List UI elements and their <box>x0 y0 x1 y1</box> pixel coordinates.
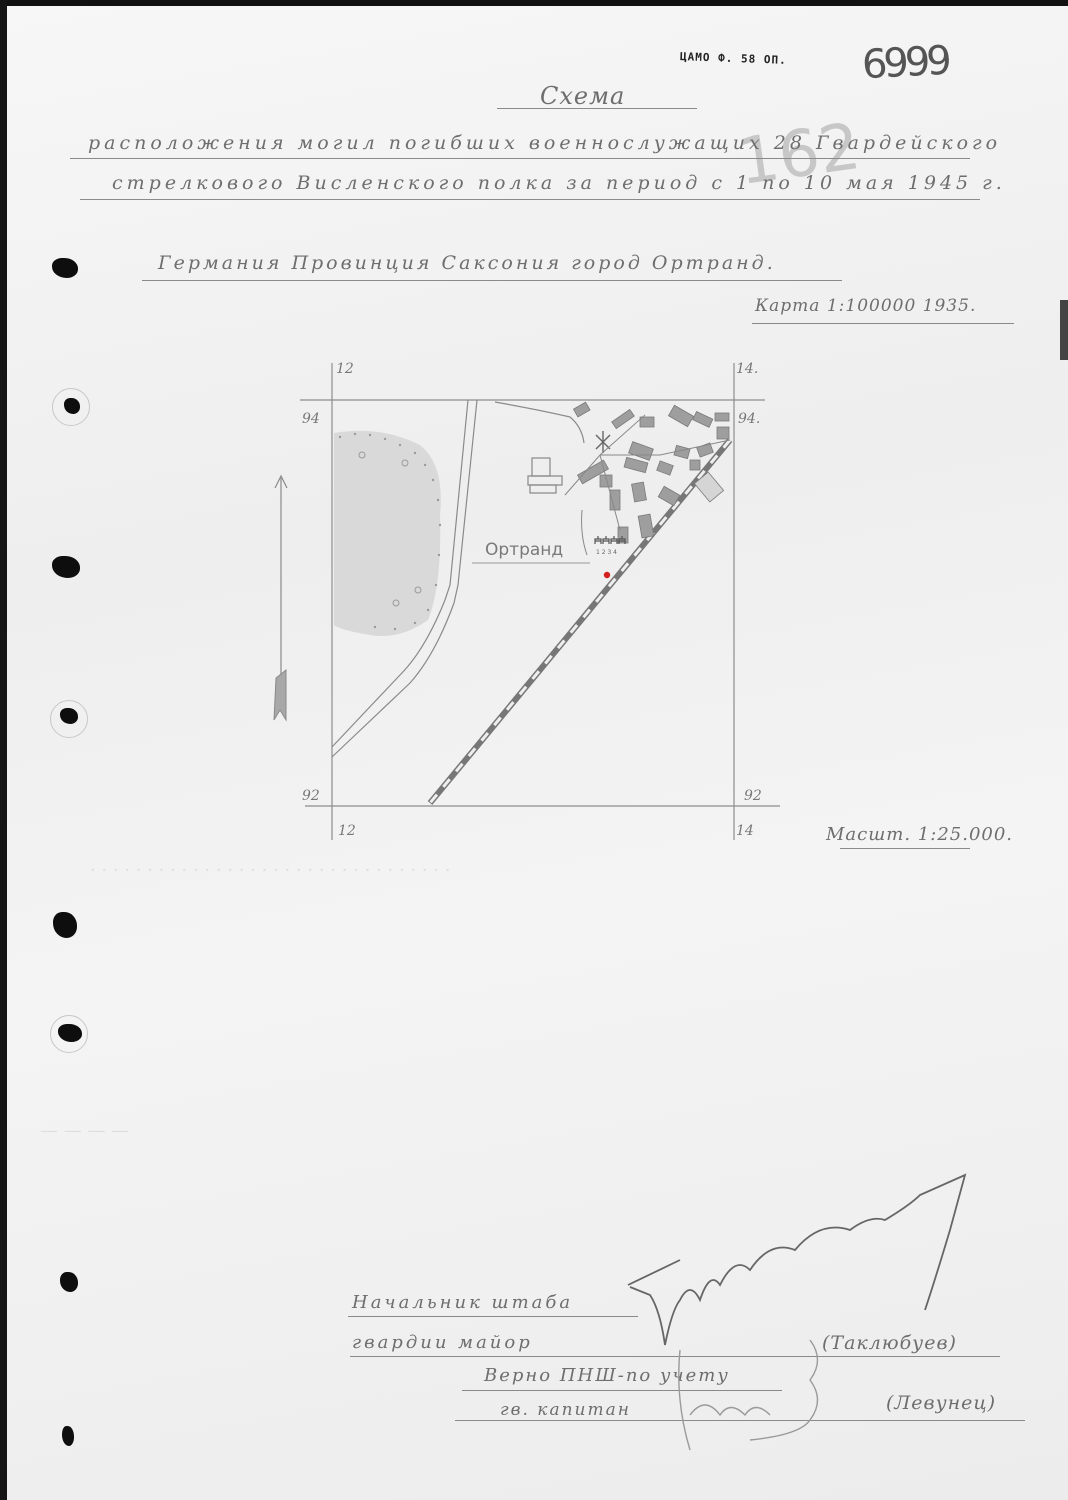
punch-hole-icon <box>58 1024 82 1042</box>
title-underline <box>497 108 697 109</box>
archival-document-page: ЦАМО Ф. 58 ОП. 6999 162 Схема расположен… <box>0 0 1068 1500</box>
bleed-through-text: — — — — <box>40 1120 129 1141</box>
grid-label-x-bottom-left: 12 <box>338 823 356 839</box>
location-rule <box>142 280 842 281</box>
scan-border-left <box>0 0 7 1500</box>
grid-label-x-top-right: 14. <box>736 361 758 377</box>
scale-note: Масшт. 1:25.000. <box>826 824 1013 845</box>
grid-label-y-bottom-left: 92 <box>302 788 320 804</box>
grid-label-y-top-right: 94. <box>738 411 760 427</box>
archive-number: 6999 <box>861 38 949 88</box>
grave-marker-red-icon <box>604 572 610 578</box>
subtitle-rule-1 <box>70 158 970 159</box>
grid-label-x-bottom-right: 14 <box>736 823 754 839</box>
punch-hole-icon <box>62 1426 74 1446</box>
town-label: Ортранд <box>485 540 563 560</box>
grid-label-x-top-left: 12 <box>336 361 354 377</box>
signature-rule-1 <box>348 1316 638 1317</box>
verifier-name: (Левунец) <box>886 1392 996 1414</box>
scan-border-top <box>0 0 1068 6</box>
punch-hole-icon <box>60 708 78 724</box>
punch-hole-icon <box>64 398 80 414</box>
scale-rule <box>840 848 970 849</box>
grave-numbers: 1 2 3 4 <box>596 549 617 556</box>
bleed-through-text: · · · · · · · · · · · · · · · · · · · · … <box>90 860 450 881</box>
grave-location-map: Ортранд 1 2 3 4 12 14. 94 94. 92 92 12 1… <box>300 355 780 845</box>
scan-border-right <box>1060 300 1068 360</box>
verifier-signature-icon <box>660 1340 840 1460</box>
subtitle-line-2: стрелкового Висленского полка за период … <box>112 172 1006 194</box>
archive-stamp: ЦАМО Ф. 58 ОП. <box>680 50 787 67</box>
subtitle-rule-2 <box>80 199 980 200</box>
chief-signature-icon <box>620 1160 980 1360</box>
punch-hole-icon <box>60 1272 78 1292</box>
punch-hole-icon <box>52 258 78 278</box>
punch-hole-icon <box>53 912 77 938</box>
verified-line-2: гв. капитан <box>500 1400 631 1420</box>
grid-label-y-top-left: 94 <box>302 411 320 427</box>
north-arrow-icon <box>266 470 296 730</box>
map-reference-rule <box>752 323 1014 324</box>
chief-title-line-2: гвардии майор <box>352 1332 533 1353</box>
grid-label-y-bottom-right: 92 <box>744 788 762 804</box>
map-reference: Карта 1:100000 1935. <box>755 296 976 316</box>
chief-title-line-1: Начальник штаба <box>352 1292 573 1313</box>
location-line: Германия Провинция Саксония город Ортран… <box>158 252 776 274</box>
punch-hole-icon <box>52 556 80 578</box>
subtitle-line-1: расположения могил погибших военнослужащ… <box>88 132 1001 154</box>
document-title: Схема <box>540 82 625 110</box>
